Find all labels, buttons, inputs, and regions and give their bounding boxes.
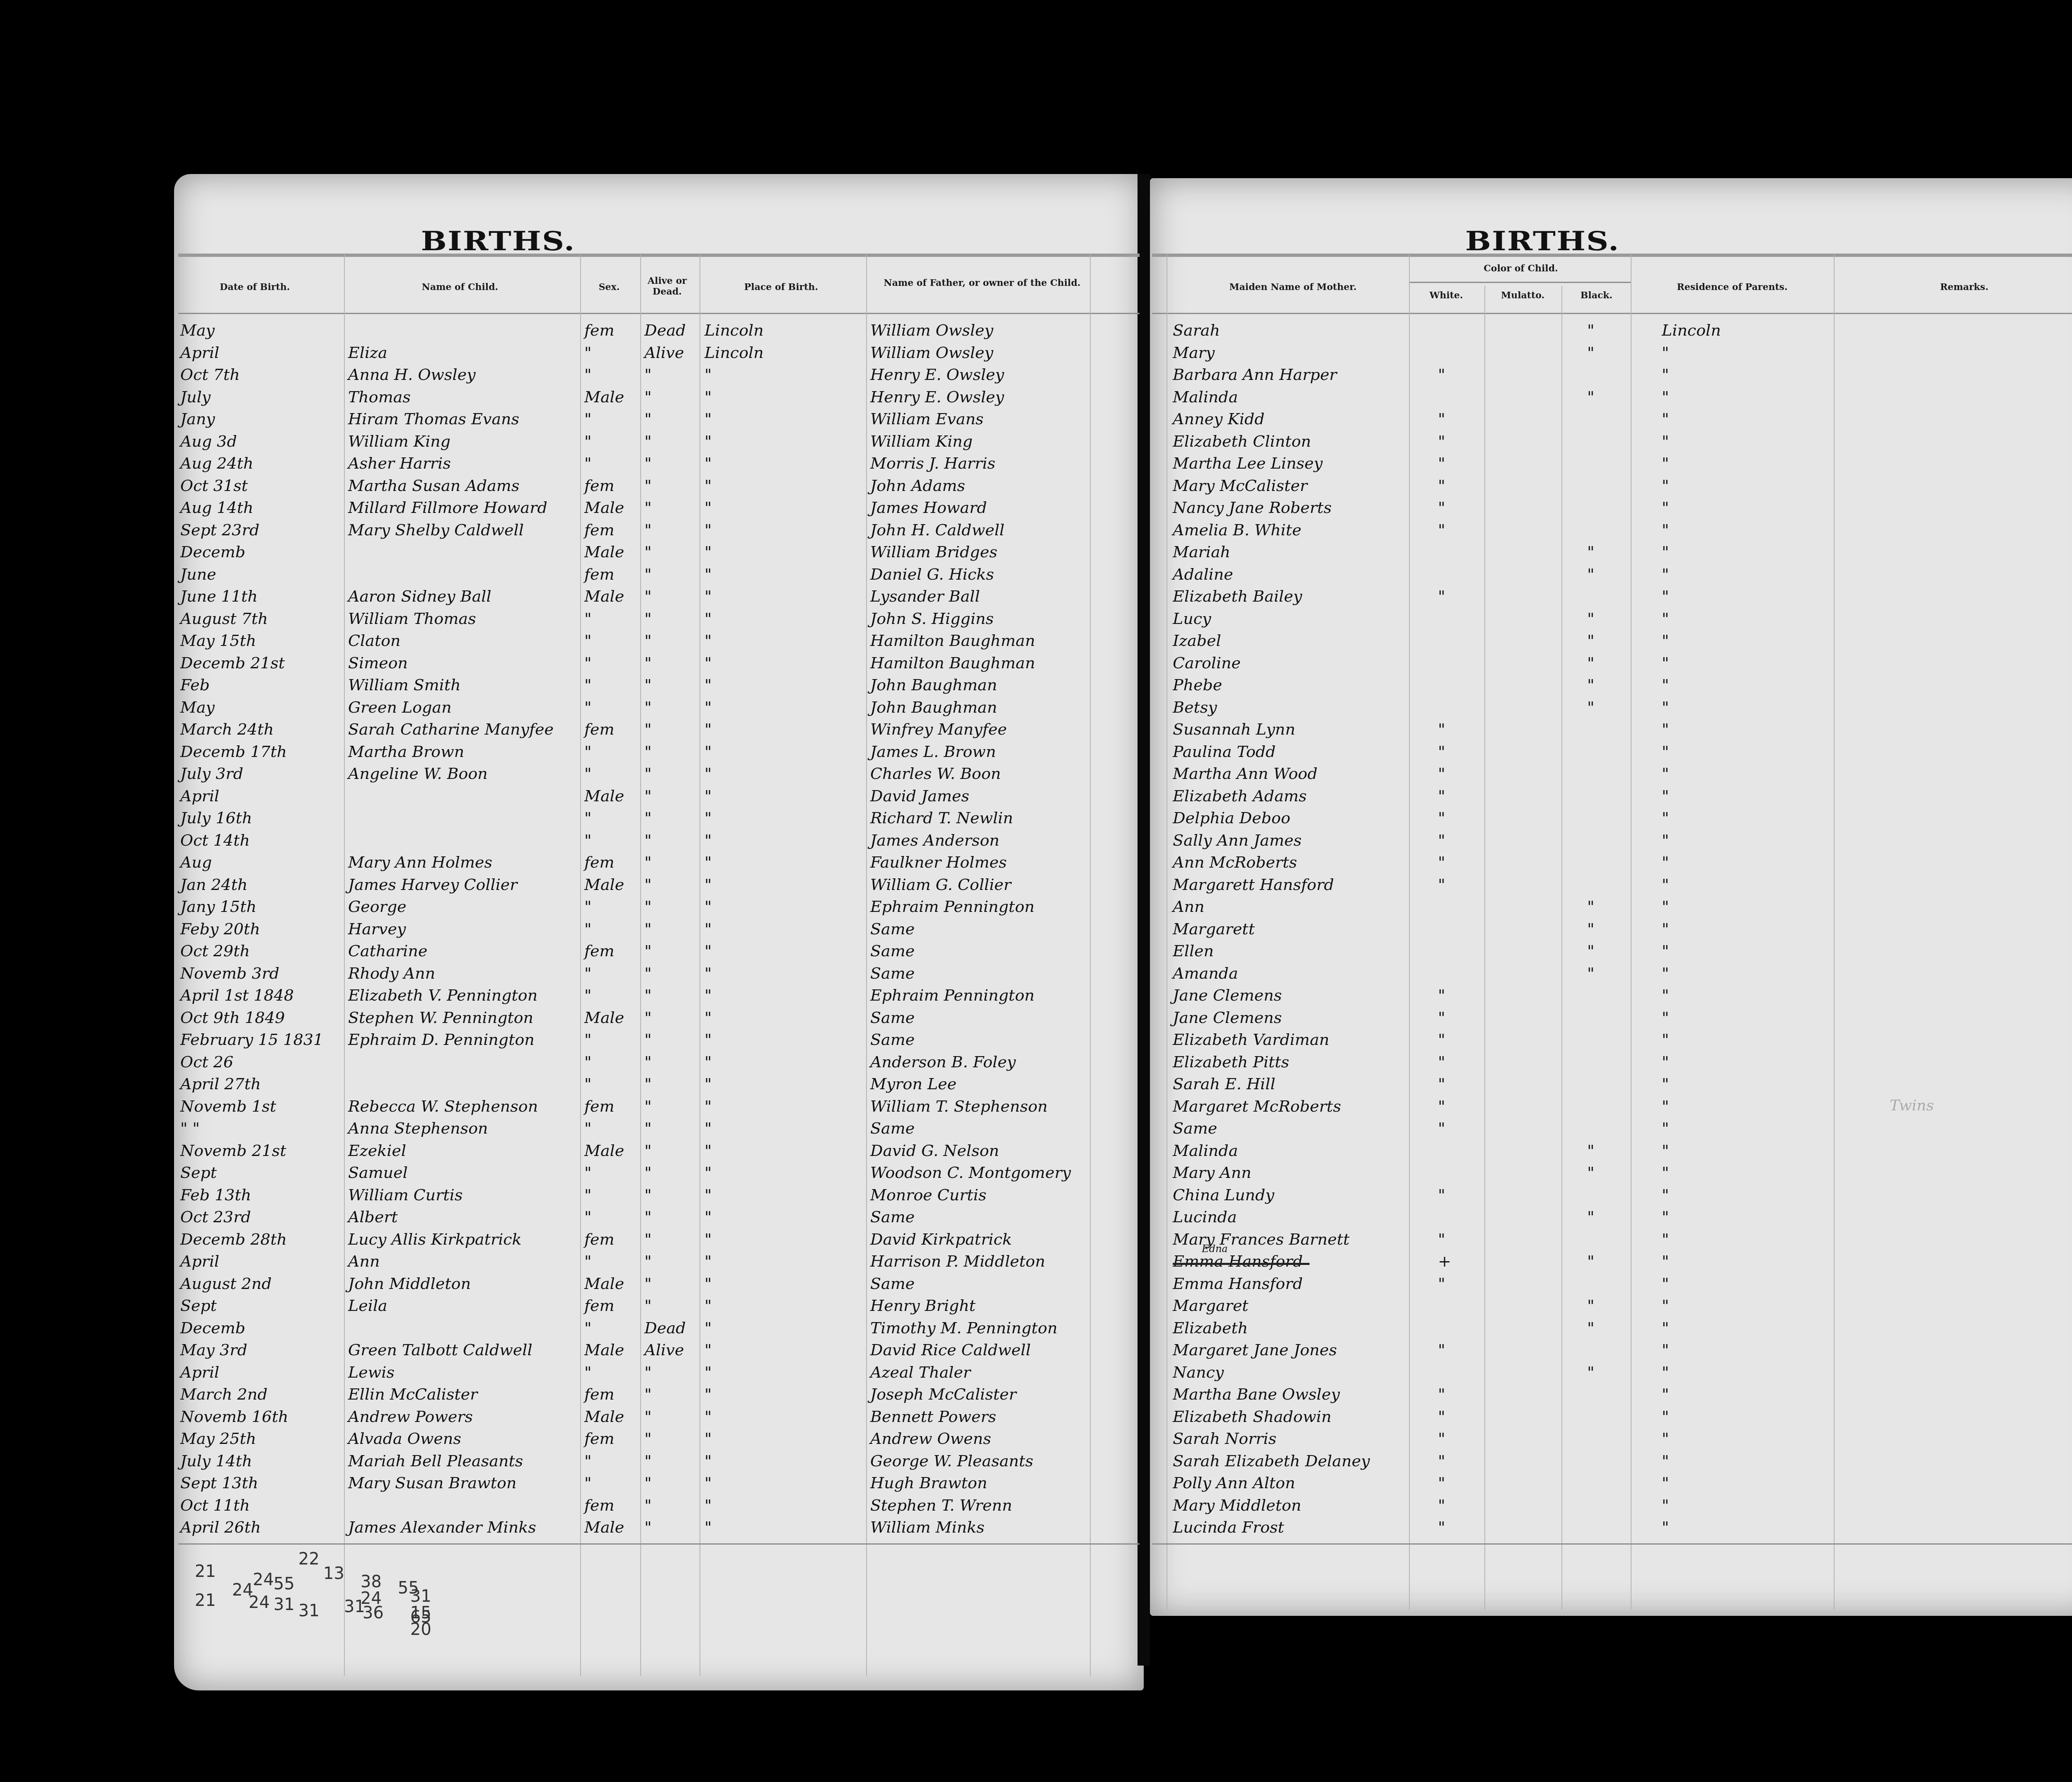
cell-mother: Elizabeth Pitts — [1173, 1053, 1289, 1071]
cell-residence: " — [1662, 920, 1669, 938]
cell-white: " — [1438, 410, 1445, 428]
cell-white: " — [1438, 875, 1445, 894]
cell-mother: Mariah — [1173, 543, 1230, 561]
cell-mother: Lucinda Frost — [1173, 1518, 1284, 1536]
table-row: Delphia Deboo"" — [0, 809, 2072, 829]
cell-mother: Paulina Todd — [1173, 742, 1276, 761]
header-top-rule — [1152, 254, 2072, 257]
cell-residence: " — [1662, 1341, 1669, 1359]
column-header-remarks: Remarks. — [1836, 282, 2072, 293]
table-row: Mary Middleton"" — [0, 1496, 2072, 1517]
cell-mother: Martha Bane Owsley — [1173, 1385, 1340, 1403]
table-row: Elizabeth Adams"" — [0, 787, 2072, 808]
cell-white: " — [1438, 521, 1445, 539]
cell-white: " — [1438, 498, 1445, 517]
table-row: Mary McCalister"" — [0, 476, 2072, 497]
table-row: Martha Bane Owsley"" — [0, 1385, 2072, 1406]
tally-number: 24 — [253, 1570, 274, 1589]
cell-residence: " — [1662, 1296, 1669, 1315]
cell-residence: " — [1662, 388, 1669, 406]
cell-residence: " — [1662, 720, 1669, 738]
cell-black: " — [1587, 343, 1594, 362]
cell-mother: Lucinda — [1173, 1208, 1237, 1226]
cell-mother: Martha Lee Linsey — [1173, 454, 1323, 472]
cell-residence: " — [1662, 1385, 1669, 1403]
tally-number: 22 — [298, 1550, 320, 1569]
table-row: Lucinda"" — [0, 1208, 2072, 1228]
cell-residence: " — [1662, 1230, 1669, 1248]
table-row: Mary Frances Barnett"" — [0, 1230, 2072, 1251]
cell-white: " — [1438, 1474, 1445, 1492]
cell-residence: " — [1662, 476, 1669, 495]
cell-residence: " — [1662, 365, 1669, 384]
tally-number: 31 — [274, 1595, 295, 1614]
table-row: Ann"" — [0, 897, 2072, 918]
cell-mother: Jane Clemens — [1173, 986, 1282, 1004]
cell-residence: " — [1662, 521, 1669, 539]
cell-residence: " — [1662, 1097, 1669, 1115]
cell-white: " — [1438, 1008, 1445, 1027]
cell-mother: Mary Frances Barnett — [1173, 1230, 1350, 1248]
table-row: Ann McRoberts"" — [0, 853, 2072, 874]
cell-mother: Mary Ann — [1173, 1163, 1251, 1182]
cell-remarks: Twins — [1890, 1097, 1934, 1114]
table-row: Elizabeth Clinton"" — [0, 432, 2072, 453]
table-row: Martha Ann Wood"" — [0, 764, 2072, 785]
cell-white: " — [1438, 1230, 1445, 1248]
cell-residence: " — [1662, 631, 1669, 650]
header-bottom-rule — [178, 313, 1140, 314]
cell-mother: Emma Hansford — [1173, 1252, 1303, 1270]
cell-residence: " — [1662, 1474, 1669, 1492]
table-row: Betsy"" — [0, 698, 2072, 719]
cell-black: " — [1587, 920, 1594, 938]
table-row: Malinda"" — [0, 1141, 2072, 1162]
cell-residence: " — [1662, 1429, 1669, 1448]
cell-mother: Ellen — [1173, 942, 1214, 960]
cell-mother: Margaret McRoberts — [1173, 1097, 1341, 1115]
cell-residence: " — [1662, 565, 1669, 583]
column-header-date: Date of Birth. — [195, 282, 315, 293]
cell-mother: Same — [1173, 1119, 1217, 1137]
tally-number: 65 — [410, 1608, 431, 1627]
table-row: Mariah"" — [0, 543, 2072, 563]
cell-black: " — [1587, 897, 1594, 916]
cell-white: " — [1438, 1496, 1445, 1514]
cell-black: " — [1587, 942, 1594, 960]
cell-residence: " — [1662, 1363, 1669, 1381]
cell-white: " — [1438, 1075, 1445, 1093]
cell-black: " — [1587, 964, 1594, 982]
cell-mother: Anney Kidd — [1173, 410, 1265, 428]
cell-mother: Ann McRoberts — [1173, 853, 1297, 871]
tally-number: 31 — [298, 1601, 320, 1620]
tally-number: 36 — [363, 1603, 384, 1622]
cell-mother: Elizabeth Vardiman — [1173, 1030, 1329, 1049]
cell-residence: " — [1662, 875, 1669, 894]
table-row: Paulina Todd"" — [0, 742, 2072, 763]
cell-residence: " — [1662, 587, 1669, 605]
cell-mother: Sarah E. Hill — [1173, 1075, 1276, 1093]
cell-mother: Adaline — [1173, 565, 1233, 583]
cell-black: " — [1587, 1363, 1594, 1381]
table-row: Amanda"" — [0, 964, 2072, 985]
cell-mother: Elizabeth Adams — [1173, 787, 1307, 805]
table-row: Emma Hansford+""Edna — [0, 1252, 2072, 1273]
table-row: Margaret Jane Jones"" — [0, 1341, 2072, 1361]
cell-white: " — [1438, 1274, 1445, 1293]
tally-number: 21 — [195, 1591, 216, 1610]
cell-white: " — [1438, 587, 1445, 605]
table-row: Adaline"" — [0, 565, 2072, 586]
cell-mother: Betsy — [1173, 698, 1217, 716]
cell-mother: Sarah Elizabeth Delaney — [1173, 1452, 1370, 1470]
cell-white: " — [1438, 454, 1445, 472]
table-row: Anney Kidd"" — [0, 410, 2072, 430]
table-row: Mary Ann"" — [0, 1163, 2072, 1184]
table-row: Martha Lee Linsey"" — [0, 454, 2072, 475]
cell-mother: Amanda — [1173, 964, 1238, 982]
cell-mother-correction: Edna — [1202, 1243, 1228, 1255]
table-row: Sarah"Lincoln — [0, 321, 2072, 342]
table-row: China Lundy"" — [0, 1186, 2072, 1207]
cell-mother: Phebe — [1173, 676, 1222, 694]
cell-white: " — [1438, 1518, 1445, 1536]
table-row: Sally Ann James"" — [0, 831, 2072, 852]
cell-residence: " — [1662, 543, 1669, 561]
cell-white: " — [1438, 1097, 1445, 1115]
cell-white: " — [1438, 1186, 1445, 1204]
cell-residence: " — [1662, 654, 1669, 672]
cell-black: " — [1587, 1163, 1594, 1182]
cell-mother: Nancy — [1173, 1363, 1224, 1381]
cell-mother: Caroline — [1173, 654, 1241, 672]
cell-black: " — [1587, 676, 1594, 694]
cell-white: " — [1438, 1341, 1445, 1359]
cell-residence: " — [1662, 343, 1669, 362]
column-header-alive-dead: Alive or Dead. — [640, 276, 694, 297]
cell-black: " — [1587, 1296, 1594, 1315]
cell-black: " — [1587, 388, 1594, 406]
cell-residence: " — [1662, 1008, 1669, 1027]
table-row: Susannah Lynn"" — [0, 720, 2072, 741]
cell-residence: " — [1662, 1186, 1669, 1204]
cell-mother: China Lundy — [1173, 1186, 1274, 1204]
cell-black: " — [1587, 1252, 1594, 1270]
column-header-black: Black. — [1562, 290, 1631, 301]
cell-black: " — [1587, 543, 1594, 561]
cell-residence: " — [1662, 1119, 1669, 1137]
cell-mother: Martha Ann Wood — [1173, 764, 1317, 783]
tally-number: 31 — [344, 1597, 365, 1616]
cell-white: " — [1438, 1119, 1445, 1137]
table-row: Malinda"" — [0, 388, 2072, 409]
cell-white: " — [1438, 787, 1445, 805]
table-row: Lucinda Frost"" — [0, 1518, 2072, 1539]
cell-residence: " — [1662, 1163, 1669, 1182]
header-bottom-rule — [1152, 313, 2072, 314]
cell-black: " — [1587, 1208, 1594, 1226]
cell-mother: Polly Ann Alton — [1173, 1474, 1295, 1492]
table-row: Amelia B. White"" — [0, 521, 2072, 542]
cell-mother: Mary McCalister — [1173, 476, 1307, 495]
column-header-white: White. — [1409, 290, 1484, 301]
cell-residence: " — [1662, 1141, 1669, 1160]
cell-mother: Malinda — [1173, 1141, 1238, 1160]
column-header-color-of-child: Color of Child. — [1409, 263, 1633, 274]
cell-residence: " — [1662, 897, 1669, 916]
cell-white: " — [1438, 1407, 1445, 1426]
cell-mother: Susannah Lynn — [1173, 720, 1295, 738]
cell-residence: " — [1662, 1319, 1669, 1337]
tally-number: 21 — [195, 1562, 216, 1581]
cell-residence: " — [1662, 742, 1669, 761]
strikethrough-line — [1173, 1263, 1310, 1265]
cell-mother: Margarett Hansford — [1173, 875, 1334, 894]
table-row: Mary"" — [0, 343, 2072, 364]
cell-white: " — [1438, 476, 1445, 495]
table-row: Nancy Jane Roberts"" — [0, 498, 2072, 519]
cell-mother: Sarah Norris — [1173, 1429, 1276, 1448]
cell-white: " — [1438, 1053, 1445, 1071]
cell-residence: " — [1662, 1518, 1669, 1536]
cell-residence: " — [1662, 1030, 1669, 1049]
cell-mother: Barbara Ann Harper — [1173, 365, 1337, 384]
table-row: Jane Clemens"" — [0, 986, 2072, 1007]
table-row: Polly Ann Alton"" — [0, 1474, 2072, 1494]
cell-mother: Mary Middleton — [1173, 1496, 1301, 1514]
cell-mother: Amelia B. White — [1173, 521, 1302, 539]
cell-mother: Lucy — [1173, 609, 1211, 628]
column-header-sex: Sex. — [580, 282, 638, 293]
cell-white: " — [1438, 432, 1445, 450]
cell-residence: " — [1662, 964, 1669, 982]
cell-mother: Elizabeth — [1173, 1319, 1248, 1337]
cell-residence: " — [1662, 698, 1669, 716]
table-row: Phebe"" — [0, 676, 2072, 696]
left-page-title: BIRTHS. — [421, 226, 576, 257]
table-row: Barbara Ann Harper"" — [0, 365, 2072, 386]
table-row: Elizabeth"" — [0, 1319, 2072, 1340]
cell-mother: Jane Clemens — [1173, 1008, 1282, 1027]
cell-mother: Emma Hansford — [1173, 1274, 1303, 1293]
table-row: Sarah Elizabeth Delaney"" — [0, 1452, 2072, 1473]
cell-white: " — [1438, 1452, 1445, 1470]
cell-black: " — [1587, 654, 1594, 672]
cell-black: " — [1587, 1141, 1594, 1160]
cell-residence: " — [1662, 454, 1669, 472]
cell-mother: Margaret — [1173, 1296, 1249, 1315]
cell-white: " — [1438, 1385, 1445, 1403]
cell-mother: Izabel — [1173, 631, 1221, 650]
cell-white: " — [1438, 1429, 1445, 1448]
cell-white: " — [1438, 831, 1445, 849]
cell-residence: " — [1662, 764, 1669, 783]
footer-rule — [178, 1543, 1140, 1545]
cell-residence: " — [1662, 831, 1669, 849]
cell-mother: Sally Ann James — [1173, 831, 1302, 849]
footer-rule — [1152, 1543, 2072, 1545]
cell-black: " — [1587, 565, 1594, 583]
cell-white: " — [1438, 986, 1445, 1004]
table-row: Elizabeth Shadowin"" — [0, 1407, 2072, 1428]
cell-white: " — [1438, 1030, 1445, 1049]
cell-residence: " — [1662, 609, 1669, 628]
column-header-mulatto: Mulatto. — [1484, 290, 1561, 301]
cell-black: " — [1587, 631, 1594, 650]
column-header-father: Name of Father, or owner of the Child. — [866, 278, 1098, 288]
table-row: Caroline"" — [0, 654, 2072, 675]
column-header-place: Place of Birth. — [700, 282, 862, 293]
table-row: Izabel"" — [0, 631, 2072, 652]
cell-residence: " — [1662, 986, 1669, 1004]
cell-white: " — [1438, 853, 1445, 871]
table-row: Nancy"" — [0, 1363, 2072, 1384]
table-row: Margaret McRoberts""Twins — [0, 1097, 2072, 1118]
cell-mother: Ann — [1173, 897, 1204, 916]
cell-black: " — [1587, 1319, 1594, 1337]
table-row: Margarett Hansford"" — [0, 875, 2072, 896]
cell-mother: Margarett — [1173, 920, 1255, 938]
cell-mother: Elizabeth Bailey — [1173, 587, 1302, 605]
cell-residence: " — [1662, 1407, 1669, 1426]
cell-residence: " — [1662, 1274, 1669, 1293]
column-header-residence: Residence of Parents. — [1633, 282, 1832, 293]
cell-residence: " — [1662, 1496, 1669, 1514]
tally-number: 55 — [274, 1574, 295, 1593]
right-page-title: BIRTHS. — [1465, 226, 1620, 257]
cell-residence: " — [1662, 1252, 1669, 1270]
cell-mother: Sarah — [1173, 321, 1220, 339]
column-header-name: Name of Child. — [344, 282, 576, 293]
cell-mother: Malinda — [1173, 388, 1238, 406]
cell-residence: " — [1662, 1452, 1669, 1470]
header-top-rule — [178, 254, 1140, 257]
cell-residence: " — [1662, 498, 1669, 517]
table-row: Lucy"" — [0, 609, 2072, 630]
cell-residence: " — [1662, 676, 1669, 694]
cell-residence: Lincoln — [1662, 321, 1721, 339]
tally-number: 13 — [323, 1564, 344, 1583]
tally-number: 55 — [398, 1579, 419, 1598]
table-row: Elizabeth Bailey"" — [0, 587, 2072, 608]
table-row: Same"" — [0, 1119, 2072, 1140]
table-row: Elizabeth Vardiman"" — [0, 1030, 2072, 1051]
table-row: Elizabeth Pitts"" — [0, 1053, 2072, 1074]
table-row: Emma Hansford"" — [0, 1274, 2072, 1295]
cell-white: + — [1438, 1252, 1451, 1270]
cell-mother: Elizabeth Clinton — [1173, 432, 1311, 450]
cell-mother: Delphia Deboo — [1173, 809, 1290, 827]
cell-white: " — [1438, 809, 1445, 827]
cell-residence: " — [1662, 1053, 1669, 1071]
column-header-mother: Maiden Name of Mother. — [1185, 282, 1401, 293]
cell-residence: " — [1662, 432, 1669, 450]
cell-residence: " — [1662, 809, 1669, 827]
cell-mother: Margaret Jane Jones — [1173, 1341, 1337, 1359]
table-row: Ellen"" — [0, 942, 2072, 962]
table-row: Margarett"" — [0, 920, 2072, 941]
cell-black: " — [1587, 698, 1594, 716]
cell-residence: " — [1662, 410, 1669, 428]
cell-white: " — [1438, 742, 1445, 761]
cell-residence: " — [1662, 853, 1669, 871]
table-row: Jane Clemens"" — [0, 1008, 2072, 1029]
cell-black: " — [1587, 321, 1594, 339]
table-row: Sarah E. Hill"" — [0, 1075, 2072, 1095]
cell-residence: " — [1662, 1075, 1669, 1093]
table-row: Margaret"" — [0, 1296, 2072, 1317]
cell-residence: " — [1662, 787, 1669, 805]
cell-mother: Elizabeth Shadowin — [1173, 1407, 1331, 1426]
cell-residence: " — [1662, 942, 1669, 960]
cell-white: " — [1438, 720, 1445, 738]
cell-mother: Nancy Jane Roberts — [1173, 498, 1331, 517]
cell-white: " — [1438, 365, 1445, 384]
table-row: Sarah Norris"" — [0, 1429, 2072, 1450]
cell-white: " — [1438, 764, 1445, 783]
cell-black: " — [1587, 609, 1594, 628]
tally-number: 24 — [249, 1593, 270, 1612]
cell-residence: " — [1662, 1208, 1669, 1226]
color-group-rule — [1409, 282, 1631, 283]
cell-mother: Mary — [1173, 343, 1215, 362]
